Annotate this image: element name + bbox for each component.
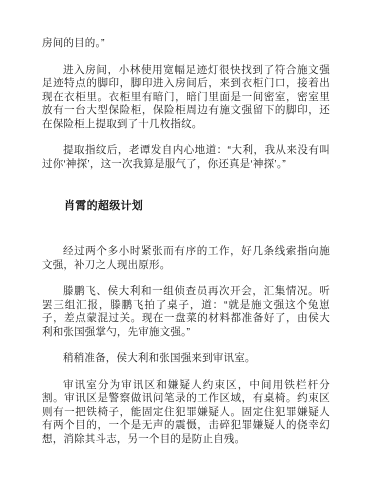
paragraph-clues-point: 经过两个多小时紧张而有序的工作，好几条线索指向施文强，补刀之人现出原形。 — [42, 245, 330, 272]
ebook-text-page: 房间的目的。” 进入房间，小林使用宽幅足迹灯很快找到了符合施文强足迹特点的脚印，… — [0, 0, 370, 480]
paragraph-preparation: 稍稍准备，侯大利和张国强来到审讯室。 — [42, 352, 330, 366]
paragraph-fingerprint-dialogue: 提取指纹后，老谭发自内心地道：“大利，我从来没有叫过你‘神探’，这一次我算是服气… — [42, 144, 330, 171]
paragraph-interrogation-room: 审讯室分为审讯区和嫌疑人约束区，中间用铁栏杆分割。审讯区是警察做讯问笔录的工作区… — [42, 379, 330, 447]
paragraph-footprint-search: 进入房间，小林使用宽幅足迹灯很快找到了符合施文强足迹特点的脚印，脚印进入房间后，… — [42, 64, 330, 132]
paragraph-meeting: 滕鹏飞、侯大利和一组侦查员再次开会，汇集情况。听罢三组汇报，滕鹏飞拍了桌子，道：… — [42, 285, 330, 339]
paragraph-fragment-continuation: 房间的目的。” — [42, 37, 330, 51]
section-heading: 肖霄的超级计划 — [42, 199, 330, 213]
